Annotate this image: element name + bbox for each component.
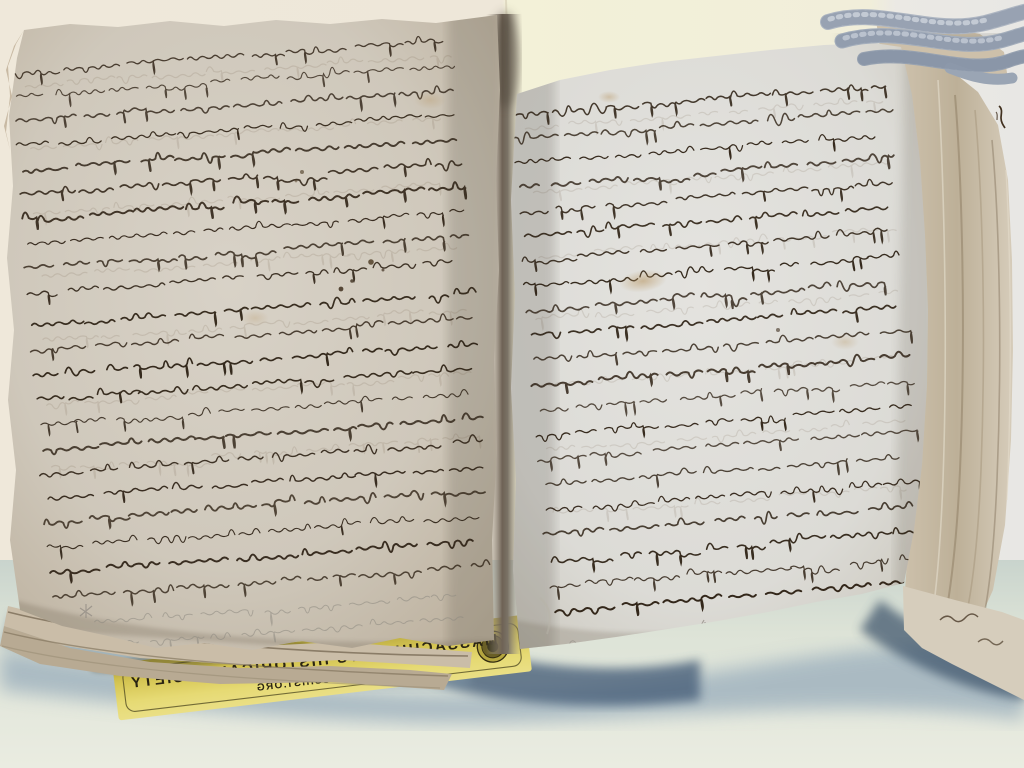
left-page (4, 10, 503, 660)
right-page (505, 40, 936, 677)
manuscript-photo: MASSACHUSETTS HISTORICAL SOCIETY WWW.MAS… (0, 0, 1024, 768)
